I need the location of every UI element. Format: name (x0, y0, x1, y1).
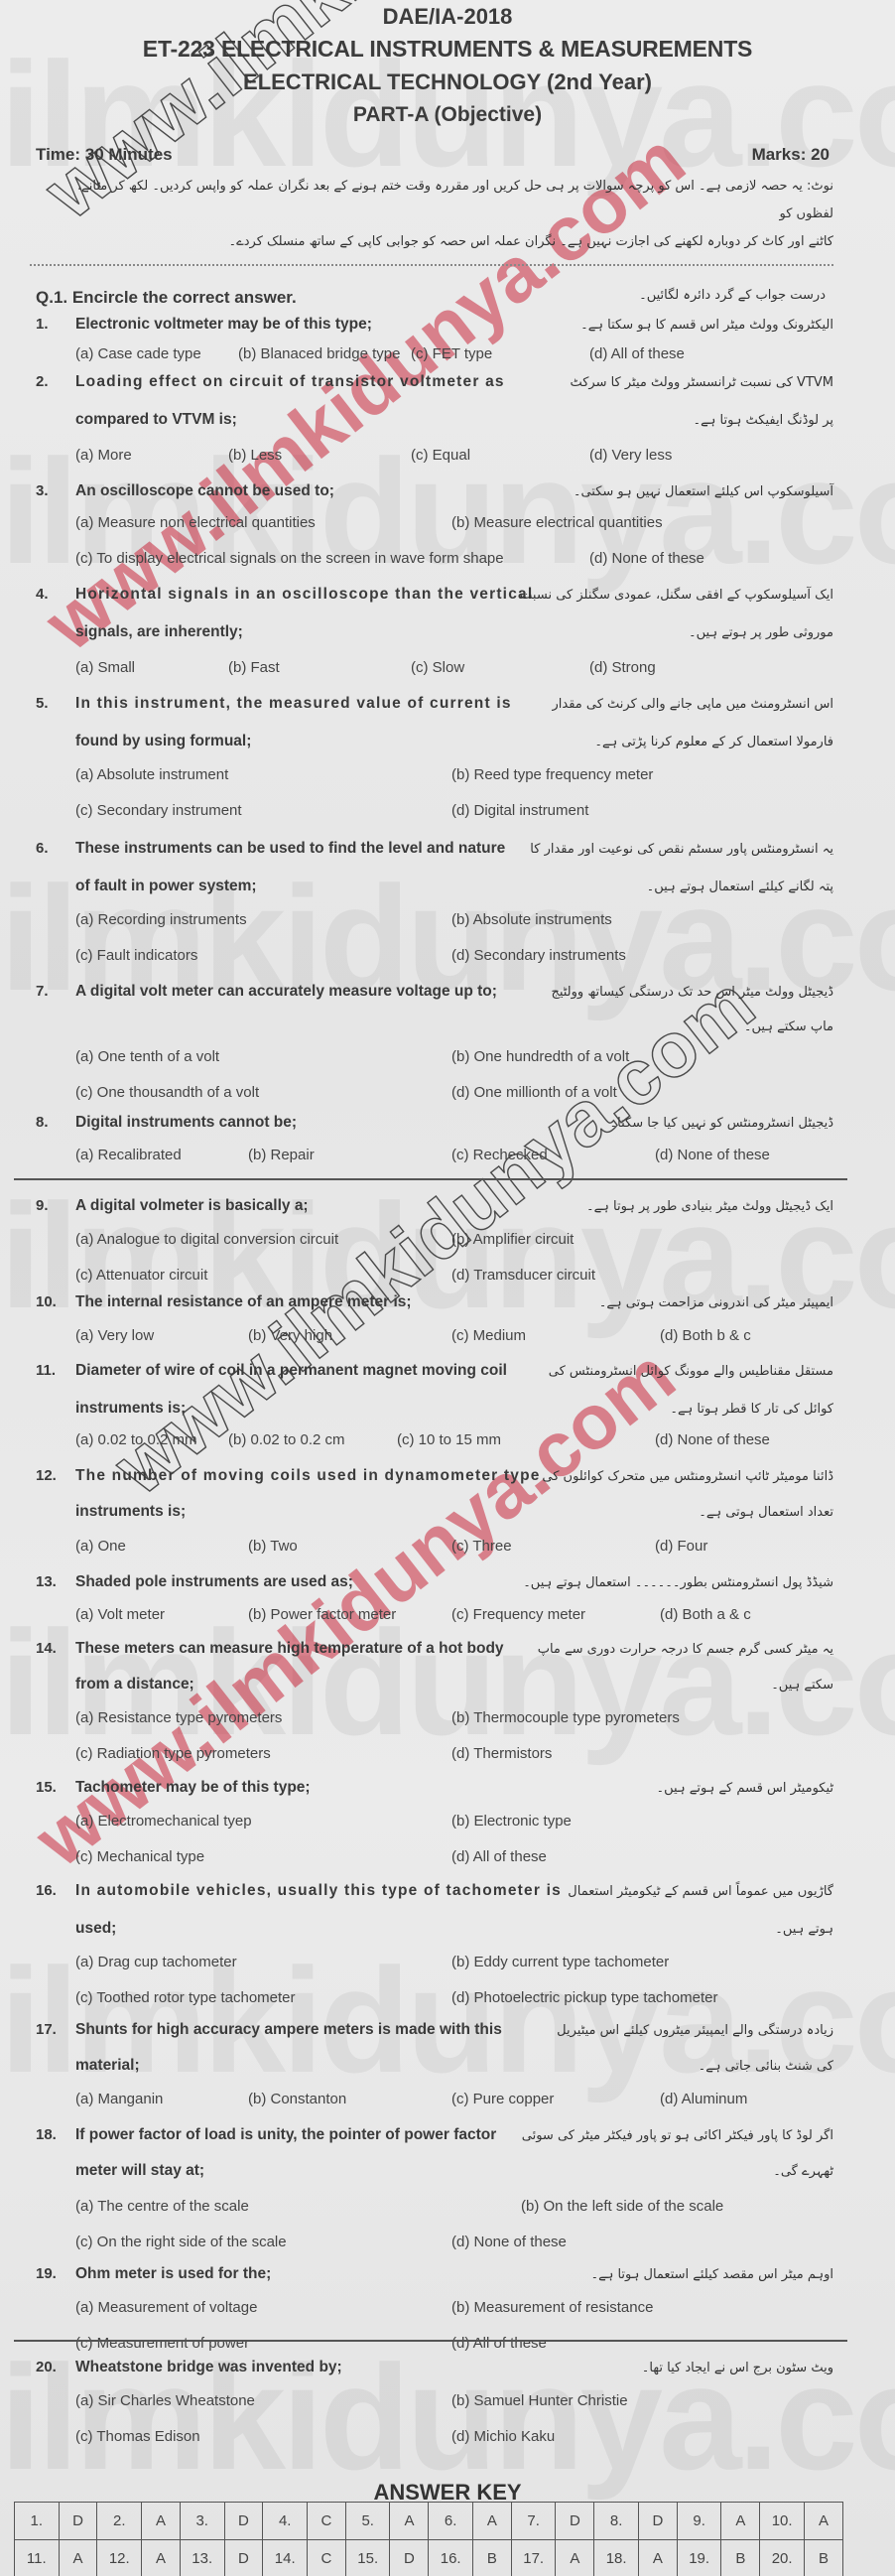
question-stem-urdu: ایک ڈیجیٹل وولٹ میٹر بنیادی طور پر ہوتا … (586, 1199, 833, 1214)
answer-option-c[interactable]: (c) To display electrical signals on the… (75, 550, 504, 567)
answer-key-answer: A (638, 2540, 677, 2576)
question-stem-urdu-continued: فارمولا استعمال کر کے معلوم کرنا پڑتی ہے… (594, 735, 833, 749)
question-number: 18. (36, 2126, 57, 2143)
answer-option-d[interactable]: (d) Both b & c (660, 1327, 751, 1344)
answer-option-c[interactable]: (c) FET type (411, 345, 492, 362)
question-stem-urdu-continued: سکتے ہیں۔ (771, 1678, 833, 1693)
answer-option-c[interactable]: (c) Measurement of power (75, 2335, 249, 2352)
question-number: 10. (36, 1293, 57, 1310)
question-stem-urdu: ٹیکومیٹر اس قسم کے ہوتے ہیں۔ (657, 1781, 833, 1796)
answer-key-answer: A (390, 2503, 429, 2540)
answer-option-a[interactable]: (a) Resistance type pyrometers (75, 1709, 282, 1726)
answer-option-c[interactable]: (c) Toothed rotor type tachometer (75, 1989, 296, 2006)
answer-option-b[interactable]: (b) Samuel Hunter Christie (451, 2392, 628, 2409)
note-line-1: نوٹ: یہ حصہ لازمی ہے۔ اس کو پرچہ سوالات … (40, 173, 833, 228)
question-stem: In this instrument, the measured value o… (75, 695, 512, 713)
answer-key-question-number: 4. (263, 2503, 308, 2540)
answer-option-b[interactable]: (b) Reed type frequency meter (451, 766, 653, 783)
answer-option-b[interactable]: (b) Very high (248, 1327, 332, 1344)
answer-option-a[interactable]: (a) Electromechanical tyep (75, 1813, 252, 1830)
answer-option-c[interactable]: (c) Rechecked (451, 1147, 548, 1163)
question-stem: Loading effect on circuit of transistor … (75, 373, 505, 391)
answer-option-b[interactable]: (b) Absolute instruments (451, 911, 612, 928)
answer-option-a[interactable]: (a) 0.02 to 0.2 mm (75, 1431, 197, 1448)
answer-option-c[interactable]: (c) Frequency meter (451, 1606, 585, 1623)
question-stem: Digital instruments cannot be; (75, 1114, 297, 1132)
question-stem-continued: from a distance; (75, 1676, 194, 1694)
answer-key-question-number: 17. (511, 2540, 556, 2576)
answer-option-b[interactable]: (b) Thermocouple type pyrometers (451, 1709, 680, 1726)
answer-key-answer: A (556, 2540, 594, 2576)
answer-option-d[interactable]: (d) None of these (655, 1147, 770, 1163)
exam-page: ilmkidunya.com ilmkidunya.com ilmkidunya… (0, 0, 895, 2576)
instructions-note-urdu: نوٹ: یہ حصہ لازمی ہے۔ اس کو پرچہ سوالات … (40, 173, 833, 256)
question-stem: Diameter of wire of coil in a permanent … (75, 1362, 507, 1380)
answer-option-c[interactable]: (c) Three (451, 1538, 512, 1555)
question-stem: An oscilloscope cannot be used to; (75, 482, 334, 500)
answer-option-b[interactable]: (b) Eddy current type tachometer (451, 1954, 669, 1970)
answer-option-a[interactable]: (a) Absolute instrument (75, 766, 228, 783)
answer-option-c[interactable]: (c) Medium (451, 1327, 526, 1344)
question-stem-continued: signals, are inherently; (75, 623, 243, 641)
question-stem: Horizontal signals in an oscilloscope th… (75, 586, 533, 604)
question-stem-urdu: VTVM کی نسبت ٹرانسسٹر وولٹ میٹر کا سرکٹ (570, 375, 833, 390)
question-stem-urdu-continued: ٹھہرے گی۔ (773, 2164, 833, 2179)
total-marks: Marks: 20 (752, 145, 830, 165)
answer-option-d[interactable]: (d) None of these (655, 1431, 770, 1448)
answer-key-answer: D (224, 2503, 263, 2540)
answer-option-c[interactable]: (c) Thomas Edison (75, 2428, 200, 2445)
answer-option-d[interactable]: (d) Both a & c (660, 1606, 751, 1623)
answer-option-d[interactable]: (d) Secondary instruments (451, 947, 626, 964)
question-number: 2. (36, 373, 49, 390)
question-stem-continued: instruments is; (75, 1400, 186, 1418)
question-stem-urdu: گاڑیوں میں عموماً اس قسم کے ٹیکومیٹر است… (568, 1884, 833, 1899)
question-stem-continued: used; (75, 1920, 116, 1938)
question-stem-urdu-continued: کوائل کی تار کا قطر ہوتا ہے۔ (670, 1402, 833, 1417)
answer-option-b[interactable]: (b) Electronic type (451, 1813, 572, 1830)
answer-option-a[interactable]: (a) The centre of the scale (75, 2198, 249, 2215)
answer-key-question-number: 8. (594, 2503, 639, 2540)
question-stem-continued: instruments is; (75, 1503, 186, 1521)
question-stem: Electronic voltmeter may be of this type… (75, 316, 372, 334)
answer-option-c[interactable]: (c) Mechanical type (75, 1848, 204, 1865)
answer-option-a[interactable]: (a) Case cade type (75, 345, 201, 362)
question-stem-urdu: زیادہ درستگی والے ایمپیئر میٹروں کیلئے ا… (557, 2023, 833, 2038)
answer-option-d[interactable]: (d) Very less (589, 447, 672, 464)
question-stem-urdu: ویٹ سٹون برج اس نے ایجاد کیا تھا۔ (642, 2361, 833, 2375)
answer-option-c[interactable]: (c) On the right side of the scale (75, 2234, 287, 2250)
answer-option-b[interactable]: (b) On the left side of the scale (521, 2198, 723, 2215)
question-stem: Shunts for high accuracy ampere meters i… (75, 2021, 502, 2039)
answer-key-question-number: 13. (180, 2540, 224, 2576)
question-stem-urdu: اوہم میٹر اس مقصد کیلئے استعمال ہوتا ہے۔ (590, 2267, 833, 2282)
answer-key-question-number: 9. (677, 2503, 721, 2540)
answer-option-d[interactable]: (d) Four (655, 1538, 707, 1555)
note-line-2: کاٹنے اور کاٹ کر دوبارہ لکھنے کی اجازت ن… (40, 228, 833, 256)
answer-option-d[interactable]: (d) All of these (589, 345, 685, 362)
answer-key-answer: A (142, 2503, 181, 2540)
answer-option-a[interactable]: (a) Analogue to digital conversion circu… (75, 1231, 338, 1248)
answer-option-a[interactable]: (a) Very low (75, 1327, 154, 1344)
question-stem-continued: material; (75, 2057, 140, 2075)
answer-key-answer: A (472, 2503, 511, 2540)
answer-key-question-number: 20. (760, 2540, 805, 2576)
answer-option-d[interactable]: (d) Digital instrument (451, 802, 588, 819)
answer-key-question-number: 1. (15, 2503, 60, 2540)
answer-option-a[interactable]: (a) Measure non electrical quantities (75, 514, 316, 531)
answer-option-d[interactable]: (d) Thermistors (451, 1745, 552, 1762)
question-stem-urdu: ایک آسیلوسکوپ کے افقی سگنل، عمودی سگنلز … (520, 588, 833, 603)
answer-option-d[interactable]: (d) All of these (451, 2335, 547, 2352)
answer-key-table: 1.D2.A3.D4.C5.A6.A7.D8.D9.A10.A11.A12.A1… (14, 2502, 843, 2576)
answer-option-d[interactable]: (d) All of these (451, 1848, 547, 1865)
answer-key-answer: D (638, 2503, 677, 2540)
question-stem-urdu-continued: ماپ سکتے ہیں۔ (744, 1019, 833, 1034)
question-stem: Ohm meter is used for the; (75, 2265, 271, 2283)
answer-option-b[interactable]: (b) Blanaced bridge type (238, 345, 400, 362)
question-stem-urdu-continued: تعداد استعمال ہوتی ہے۔ (699, 1505, 833, 1520)
answer-key-question-number: 15. (345, 2540, 390, 2576)
answer-key-answer: D (224, 2540, 263, 2576)
answer-key-answer: D (556, 2503, 594, 2540)
answer-key-answer: D (390, 2540, 429, 2576)
question-stem-urdu: اس انسٹرومنٹ میں ماپی جانے والی کرنٹ کی … (553, 697, 834, 712)
question-stem: The internal resistance of an ampere met… (75, 1293, 412, 1311)
question-stem: These meters can measure high temperatur… (75, 1640, 504, 1658)
answer-option-b[interactable]: (b) Less (228, 447, 282, 464)
answer-option-b[interactable]: (b) Constanton (248, 2091, 346, 2107)
answer-option-c[interactable]: (c) Attenuator circuit (75, 1267, 207, 1284)
answer-option-d[interactable]: (d) One millionth of a volt (451, 1084, 617, 1101)
question-number: 3. (36, 482, 49, 499)
question-stem-continued: meter will stay at; (75, 2162, 204, 2180)
answer-option-d[interactable]: (d) None of these (451, 2234, 567, 2250)
question-stem-urdu-continued: پر لوڈنگ ایفیکٹ ہوتا ہے۔ (694, 413, 833, 428)
question-number: 17. (36, 2021, 57, 2038)
section-title-urdu: درست جواب کے گرد دائرہ لگائیں۔ (639, 288, 826, 303)
answer-key-question-number: 2. (97, 2503, 142, 2540)
question-number: 7. (36, 983, 49, 1000)
answer-key-row: 11.A12.A13.D14.C15.D16.B17.A18.A19.B20.B (15, 2540, 843, 2576)
answer-option-a[interactable]: (a) Recording instruments (75, 911, 247, 928)
answer-key-question-number: 18. (594, 2540, 639, 2576)
answer-key-question-number: 16. (429, 2540, 473, 2576)
question-number: 11. (36, 1362, 56, 1379)
answer-option-b[interactable]: (b) Two (248, 1538, 298, 1555)
question-number: 12. (36, 1467, 57, 1484)
question-stem: In automobile vehicles, usually this typ… (75, 1882, 562, 1900)
question-stem-urdu: ایمپیئر میٹر کی اندرونی مزاحمت ہوتی ہے۔ (599, 1295, 833, 1310)
answer-option-c[interactable]: (c) One thousandth of a volt (75, 1084, 259, 1101)
question-stem-urdu-continued: موروثی طور پر ہوتے ہیں۔ (689, 625, 833, 640)
answer-key-row: 1.D2.A3.D4.C5.A6.A7.D8.D9.A10.A (15, 2503, 843, 2540)
answer-option-a[interactable]: (a) More (75, 447, 132, 464)
answer-option-a[interactable]: (a) Drag cup tachometer (75, 1954, 237, 1970)
question-stem: The number of moving coils used in dynam… (75, 1467, 541, 1485)
answer-key-question-number: 10. (760, 2503, 805, 2540)
question-stem-urdu: مستقل مقناطیس والے موونگ کوائل انسٹرومنٹ… (549, 1364, 833, 1379)
question-number: 20. (36, 2359, 57, 2375)
question-stem: A digital volmeter is basically a; (75, 1197, 309, 1215)
question-number: 19. (36, 2265, 57, 2282)
question-number: 4. (36, 586, 49, 603)
answer-key-question-number: 11. (15, 2540, 60, 2576)
question-stem: These instruments can be used to find th… (75, 840, 505, 858)
answer-key-question-number: 7. (511, 2503, 556, 2540)
answer-key-answer: C (307, 2503, 345, 2540)
answer-key-question-number: 14. (263, 2540, 308, 2576)
answer-key-answer: A (142, 2540, 181, 2576)
answer-option-b[interactable]: (b) One hundredth of a volt (451, 1048, 629, 1065)
answer-option-c[interactable]: (c) Fault indicators (75, 947, 197, 964)
question-stem-urdu: آسیلوسکوپ اس کیلئے استعمال نہیں ہو سکتی۔ (574, 484, 833, 499)
answer-option-c[interactable]: (c) Secondary instrument (75, 802, 242, 819)
question-number: 5. (36, 695, 49, 712)
question-stem-urdu: یہ انسٹرومنٹس پاور سسٹم نقص کی نوعیت اور… (530, 842, 833, 857)
question-number: 9. (36, 1197, 49, 1214)
question-stem-urdu-continued: ہوتے ہیں۔ (775, 1922, 833, 1937)
answer-option-c[interactable]: (c) Radiation type pyrometers (75, 1745, 271, 1762)
answer-key-answer: C (307, 2540, 345, 2576)
horizontal-rule (14, 2340, 847, 2342)
question-stem: If power factor of load is unity, the po… (75, 2126, 496, 2144)
answer-key-answer: A (804, 2503, 842, 2540)
question-number: 13. (36, 1573, 57, 1590)
answer-option-d[interactable]: (d) Photoelectric pickup type tachometer (451, 1989, 717, 2006)
answer-key-answer: A (59, 2540, 97, 2576)
answer-option-d[interactable]: (d) Tramsducer circuit (451, 1267, 595, 1284)
course-title: ET-223 ELECTRICAL INSTRUMENTS & MEASUREM… (0, 36, 895, 63)
section-title: Q.1. Encircle the correct answer. (36, 288, 297, 308)
answer-option-b[interactable]: (b) Amplifier circuit (451, 1231, 574, 1248)
answer-key-question-number: 6. (429, 2503, 473, 2540)
answer-option-a[interactable]: (a) Sir Charles Wheatstone (75, 2392, 255, 2409)
question-stem-urdu: الیکٹرونک وولٹ میٹر اس قسم کا ہو سکتا ہے… (580, 318, 833, 333)
answer-option-b[interactable]: (b) Power factor meter (248, 1606, 396, 1623)
answer-option-d[interactable]: (d) None of these (589, 550, 704, 567)
answer-option-c[interactable]: (c) 10 to 15 mm (397, 1431, 501, 1448)
question-stem: Tachometer may be of this type; (75, 1779, 311, 1797)
answer-option-b[interactable]: (b) 0.02 to 0.2 cm (228, 1431, 345, 1448)
question-stem-urdu-continued: کی شنٹ بنائی جاتی ہے۔ (699, 2059, 833, 2074)
answer-option-a[interactable]: (a) One (75, 1538, 126, 1555)
answer-option-a[interactable]: (a) Recalibrated (75, 1147, 182, 1163)
program-title: ELECTRICAL TECHNOLOGY (2nd Year) (0, 69, 895, 95)
answer-option-b[interactable]: (b) Measure electrical quantities (451, 514, 663, 531)
answer-option-a[interactable]: (a) One tenth of a volt (75, 1048, 219, 1065)
answer-key-answer: D (59, 2503, 97, 2540)
question-number: 16. (36, 1882, 57, 1899)
question-stem-urdu: ڈائنا مومیٹر ٹائپ انسٹرومنٹس میں متحرک ک… (542, 1469, 833, 1484)
dotted-separator (30, 264, 833, 266)
question-stem-continued: compared to VTVM is; (75, 411, 237, 429)
answer-option-d[interactable]: (d) Strong (589, 659, 656, 676)
question-stem-urdu-continued: پتہ لگانے کیلئے استعمال ہوتے ہیں۔ (647, 880, 833, 894)
question-stem: Shaded pole instruments are used as; (75, 1573, 353, 1591)
answer-option-c[interactable]: (c) Pure copper (451, 2091, 554, 2107)
question-stem-urdu: یہ میٹر کسی گرم جسم کا درجہ حرارت دوری س… (538, 1642, 833, 1657)
answer-option-c[interactable]: (c) Slow (411, 659, 464, 676)
question-number: 14. (36, 1640, 57, 1657)
answer-option-d[interactable]: (d) Michio Kaku (451, 2428, 555, 2445)
horizontal-rule (14, 1178, 847, 1180)
answer-key-question-number: 12. (97, 2540, 142, 2576)
answer-option-d[interactable]: (d) Aluminum (660, 2091, 747, 2107)
time-allowed: Time: 30 Minutes (36, 145, 173, 165)
part-title: PART-A (Objective) (0, 103, 895, 127)
answer-option-a[interactable]: (a) Measurement of voltage (75, 2299, 257, 2316)
question-number: 1. (36, 316, 49, 333)
answer-key-question-number: 5. (345, 2503, 390, 2540)
answer-option-b[interactable]: (b) Measurement of resistance (451, 2299, 653, 2316)
question-stem: A digital volt meter can accurately meas… (75, 983, 497, 1001)
answer-key-question-number: 3. (180, 2503, 224, 2540)
answer-key-answer: A (721, 2503, 760, 2540)
question-stem-continued: of fault in power system; (75, 878, 257, 895)
question-stem-continued: found by using formual; (75, 733, 251, 750)
answer-option-c[interactable]: (c) Equal (411, 447, 470, 464)
question-number: 6. (36, 840, 49, 857)
question-stem-urdu: ڈیجیٹل انسٹرومنٹس کو نہیں کیا جا سکتا۔ (610, 1116, 833, 1131)
exam-board-title: DAE/IA-2018 (0, 4, 895, 30)
answer-key-answer: B (721, 2540, 760, 2576)
answer-key-answer: B (472, 2540, 511, 2576)
answer-option-a[interactable]: (a) Small (75, 659, 135, 676)
question-stem-urdu: اگر لوڈ کا پاور فیکٹر اکائی ہو تو پاور ف… (522, 2128, 833, 2143)
question-stem-urdu: ڈیجیٹل وولٹ میٹر اس حد تک درستگی کیساتھ … (551, 985, 833, 1000)
question-number: 8. (36, 1114, 49, 1131)
answer-key-answer: B (804, 2540, 842, 2576)
answer-option-a[interactable]: (a) Manganin (75, 2091, 163, 2107)
question-number: 15. (36, 1779, 57, 1796)
answer-key-question-number: 19. (677, 2540, 721, 2576)
answer-option-b[interactable]: (b) Fast (228, 659, 280, 676)
question-stem: Wheatstone bridge was invented by; (75, 2359, 342, 2376)
answer-option-b[interactable]: (b) Repair (248, 1147, 315, 1163)
answer-option-a[interactable]: (a) Volt meter (75, 1606, 165, 1623)
question-stem-urdu: شیڈڈ پول انسٹرومنٹس بطور۔۔۔۔۔۔ استعمال ہ… (523, 1575, 833, 1590)
